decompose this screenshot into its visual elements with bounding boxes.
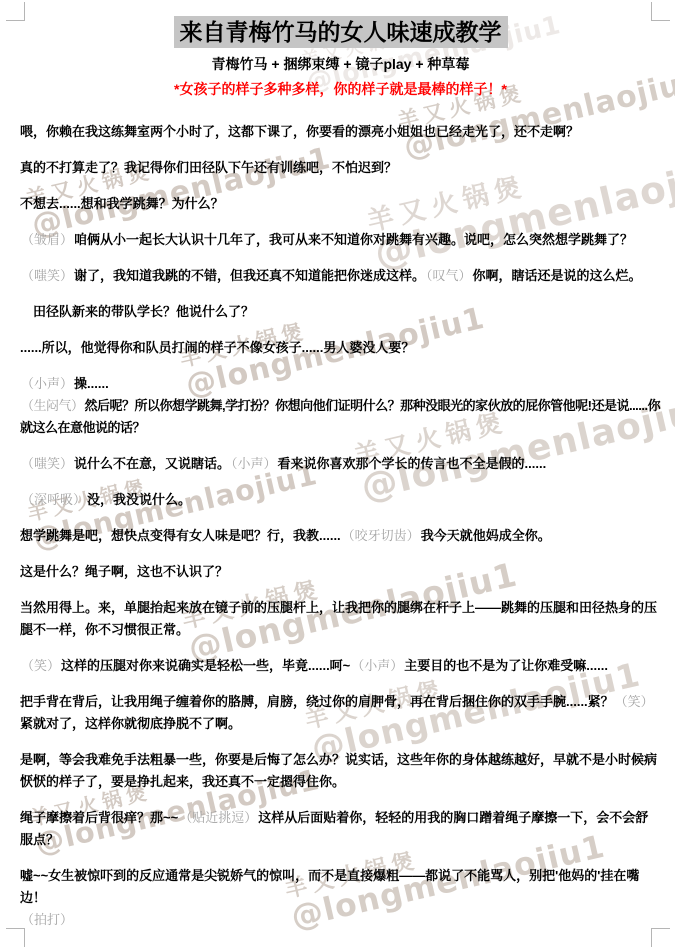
dialogue-text: 不想去......想和我学跳舞？为什么？ [20,196,224,211]
dialogue-text: ......所以，他觉得你和队员打闹的样子不像女孩子......男人婆没人要？ [20,340,414,355]
emotion-marker: （小声） [21,376,73,391]
script-paragraph: 田径队新来的带队学长？他说什么了？ [20,301,661,323]
script-paragraph: 当然用得上。来，单腿抬起来放在镜子前的压腿杆上，让我把你的腿绑在杆子上——跳舞的… [20,597,661,641]
emotion-marker: （深呼吸） [21,492,86,507]
emotion-marker: （叹气） [426,268,472,283]
document-subtitle: 青梅竹马 + 捆绑束缚 + 镜子play + 种草莓 [20,54,661,74]
script-paragraph: （生闷气）然后呢？所以你想学跳舞,学打扮？你想向他们证明什么？那种没眼光的家伙放… [20,395,661,439]
script-paragraph: 绳子摩擦着后背很痒？那~~（贴近挑逗）这样从后面贴着你，轻轻的用我的胸口蹭着绳子… [20,807,661,851]
script-paragraph: 想学跳舞是吧，想快点变得有女人味是吧？行，我教......（咬牙切齿）我今天就他… [20,525,661,547]
dialogue-text: 你啊，瞎话还是说的这么烂。 [473,268,642,283]
script-paragraph: 不想去......想和我学跳舞？为什么？ [20,193,661,215]
dialogue-text: 紧就对了，这样你就彻底挣脱不了啊。 [20,716,241,731]
script-paragraph: （嗤笑）谢了，我知道我跳的不错，但我还真不知道能把你迷成这样。（叹气）你啊，瞎话… [20,265,661,287]
emotion-marker: （咬牙切齿） [342,528,420,543]
dialogue-text: 看来说你喜欢那个学长的传言也不全是假的...... [278,456,547,471]
script-paragraph: 嘘~~女生被惊吓到的反应通常是尖锐娇气的惊叫，而不是直接爆粗——都说了不能骂人，… [20,865,661,909]
dialogue-text: 当然用得上。来，单腿抬起来放在镜子前的压腿杆上，让我把你的腿绑在杆子上——跳舞的… [20,600,657,637]
script-paragraph: （深呼吸）没，我没说什么。 [20,489,661,511]
dialogue-text: 把手背在背后，让我用绳子缠着你的胳膊，肩膀，绕过你的肩胛骨，再在背后捆住你的双手… [20,694,614,709]
emotion-marker: （拍打） [21,912,73,927]
document-content: 来自青梅竹马的女人味速成教学 青梅竹马 + 捆绑束缚 + 镜子play + 种草… [20,16,661,945]
dialogue-text: 田径队新来的带队学长？他说什么了？ [33,304,254,319]
emotion-marker: （贴近挑逗） [179,810,257,825]
dialogue-text: 这是什么？绳子啊，这也不认识了？ [20,564,228,579]
script-paragraph: ......所以，他觉得你和队员打闹的样子不像女孩子......男人婆没人要？ [20,337,661,359]
emotion-marker: （笑） [615,694,654,709]
page-title: 来自青梅竹马的女人味速成教学 [20,18,661,48]
emotion-marker: （嗤笑） [21,268,73,283]
dialogue-text: 然后呢？所以你想学跳舞,学打扮？你想向他们证明什么？那种没眼光的家伙放的屁你管他… [20,398,660,435]
dialogue-text: 我今天就他妈成全你。 [421,528,551,543]
page-title-highlight: 来自青梅竹马的女人味速成教学 [174,16,508,48]
emotion-marker: （小声） [231,456,277,471]
dialogue-text: 嘘~~女生被惊吓到的反应通常是尖锐娇气的惊叫，而不是直接爆粗——都说了不能骂人，… [20,868,639,905]
dialogue-text: 主要目的也不是为了让你难受嘛...... [404,658,608,673]
emotion-marker: （生闷气） [21,398,84,413]
dialogue-text: 绳子摩擦着后背很痒？那~~ [20,810,178,825]
script-paragraph: （嗤笑）说什么不在意，又说瞎话。（小声）看来说你喜欢那个学长的传言也不全是假的.… [20,453,661,475]
dialogue-text: 操...... [74,376,109,391]
script-paragraph: 真的不打算走了？我记得你们田径队下午还有训练吧，不怕迟到？ [20,157,661,179]
script-paragraph: 喂，你赖在我这练舞室两个小时了，这都下课了，你要看的漂亮小姐姐也已经走光了，还不… [20,121,661,143]
script-body: 喂，你赖在我这练舞室两个小时了，这都下课了，你要看的漂亮小姐姐也已经走光了，还不… [20,121,661,931]
dialogue-text: 是啊，等会我难免手法粗暴一些，你要是后悔了怎么办？说实话，这些年你的身体越练越好… [20,752,657,789]
dialogue-text: 这样的压腿对你来说确实是轻松一些，毕竟......呵~ [61,658,350,673]
emotion-marker: （皱眉） [21,232,73,247]
script-paragraph: （皱眉）咱俩从小一起长大认识十几年了，我可从来不知道你对跳舞有兴趣。说吧，怎么突… [20,229,661,251]
emotion-marker: （嗤笑） [21,456,73,471]
script-paragraph: （拍打） [20,909,661,931]
emotion-marker: （笑） [21,658,60,673]
script-paragraph: 把手背在背后，让我用绳子缠着你的胳膊，肩膀，绕过你的肩胛骨，再在背后捆住你的双手… [20,691,661,735]
dialogue-text: 想学跳舞是吧，想快点变得有女人味是吧？行，我教...... [20,528,341,543]
script-paragraph: 这是什么？绳子啊，这也不认识了？ [20,561,661,583]
script-paragraph: （笑）这样的压腿对你来说确实是轻松一些，毕竟......呵~（小声）主要目的也不… [20,655,661,677]
script-paragraph: 是啊，等会我难免手法粗暴一些，你要是后悔了怎么办？说实话，这些年你的身体越练越好… [20,749,661,793]
dialogue-text: 没，我没说什么。 [87,492,191,507]
dialogue-text: 喂，你赖在我这练舞室两个小时了，这都下课了，你要看的漂亮小姐姐也已经走光了，还不… [20,124,579,139]
emotion-marker: （小声） [351,658,403,673]
dialogue-text: 说什么不在意，又说瞎话。 [74,456,230,471]
dialogue-text: 真的不打算走了？我记得你们田径队下午还有训练吧，不怕迟到？ [20,160,397,175]
document-page: 羊又火锅煲@longmenlaojiu1羊又火锅煲@longmenlaojiu1… [0,0,675,948]
script-paragraph: （小声）操...... [20,373,661,395]
document-tagline: *女孩子的样子多种多样，你的样子就是最棒的样子！* [20,79,661,99]
dialogue-text: 谢了，我知道我跳的不错，但我还真不知道能把你迷成这样。 [74,268,425,283]
dialogue-text: 咱俩从小一起长大认识十几年了，我可从来不知道你对跳舞有兴趣。说吧，怎么突然想学跳… [74,232,633,247]
